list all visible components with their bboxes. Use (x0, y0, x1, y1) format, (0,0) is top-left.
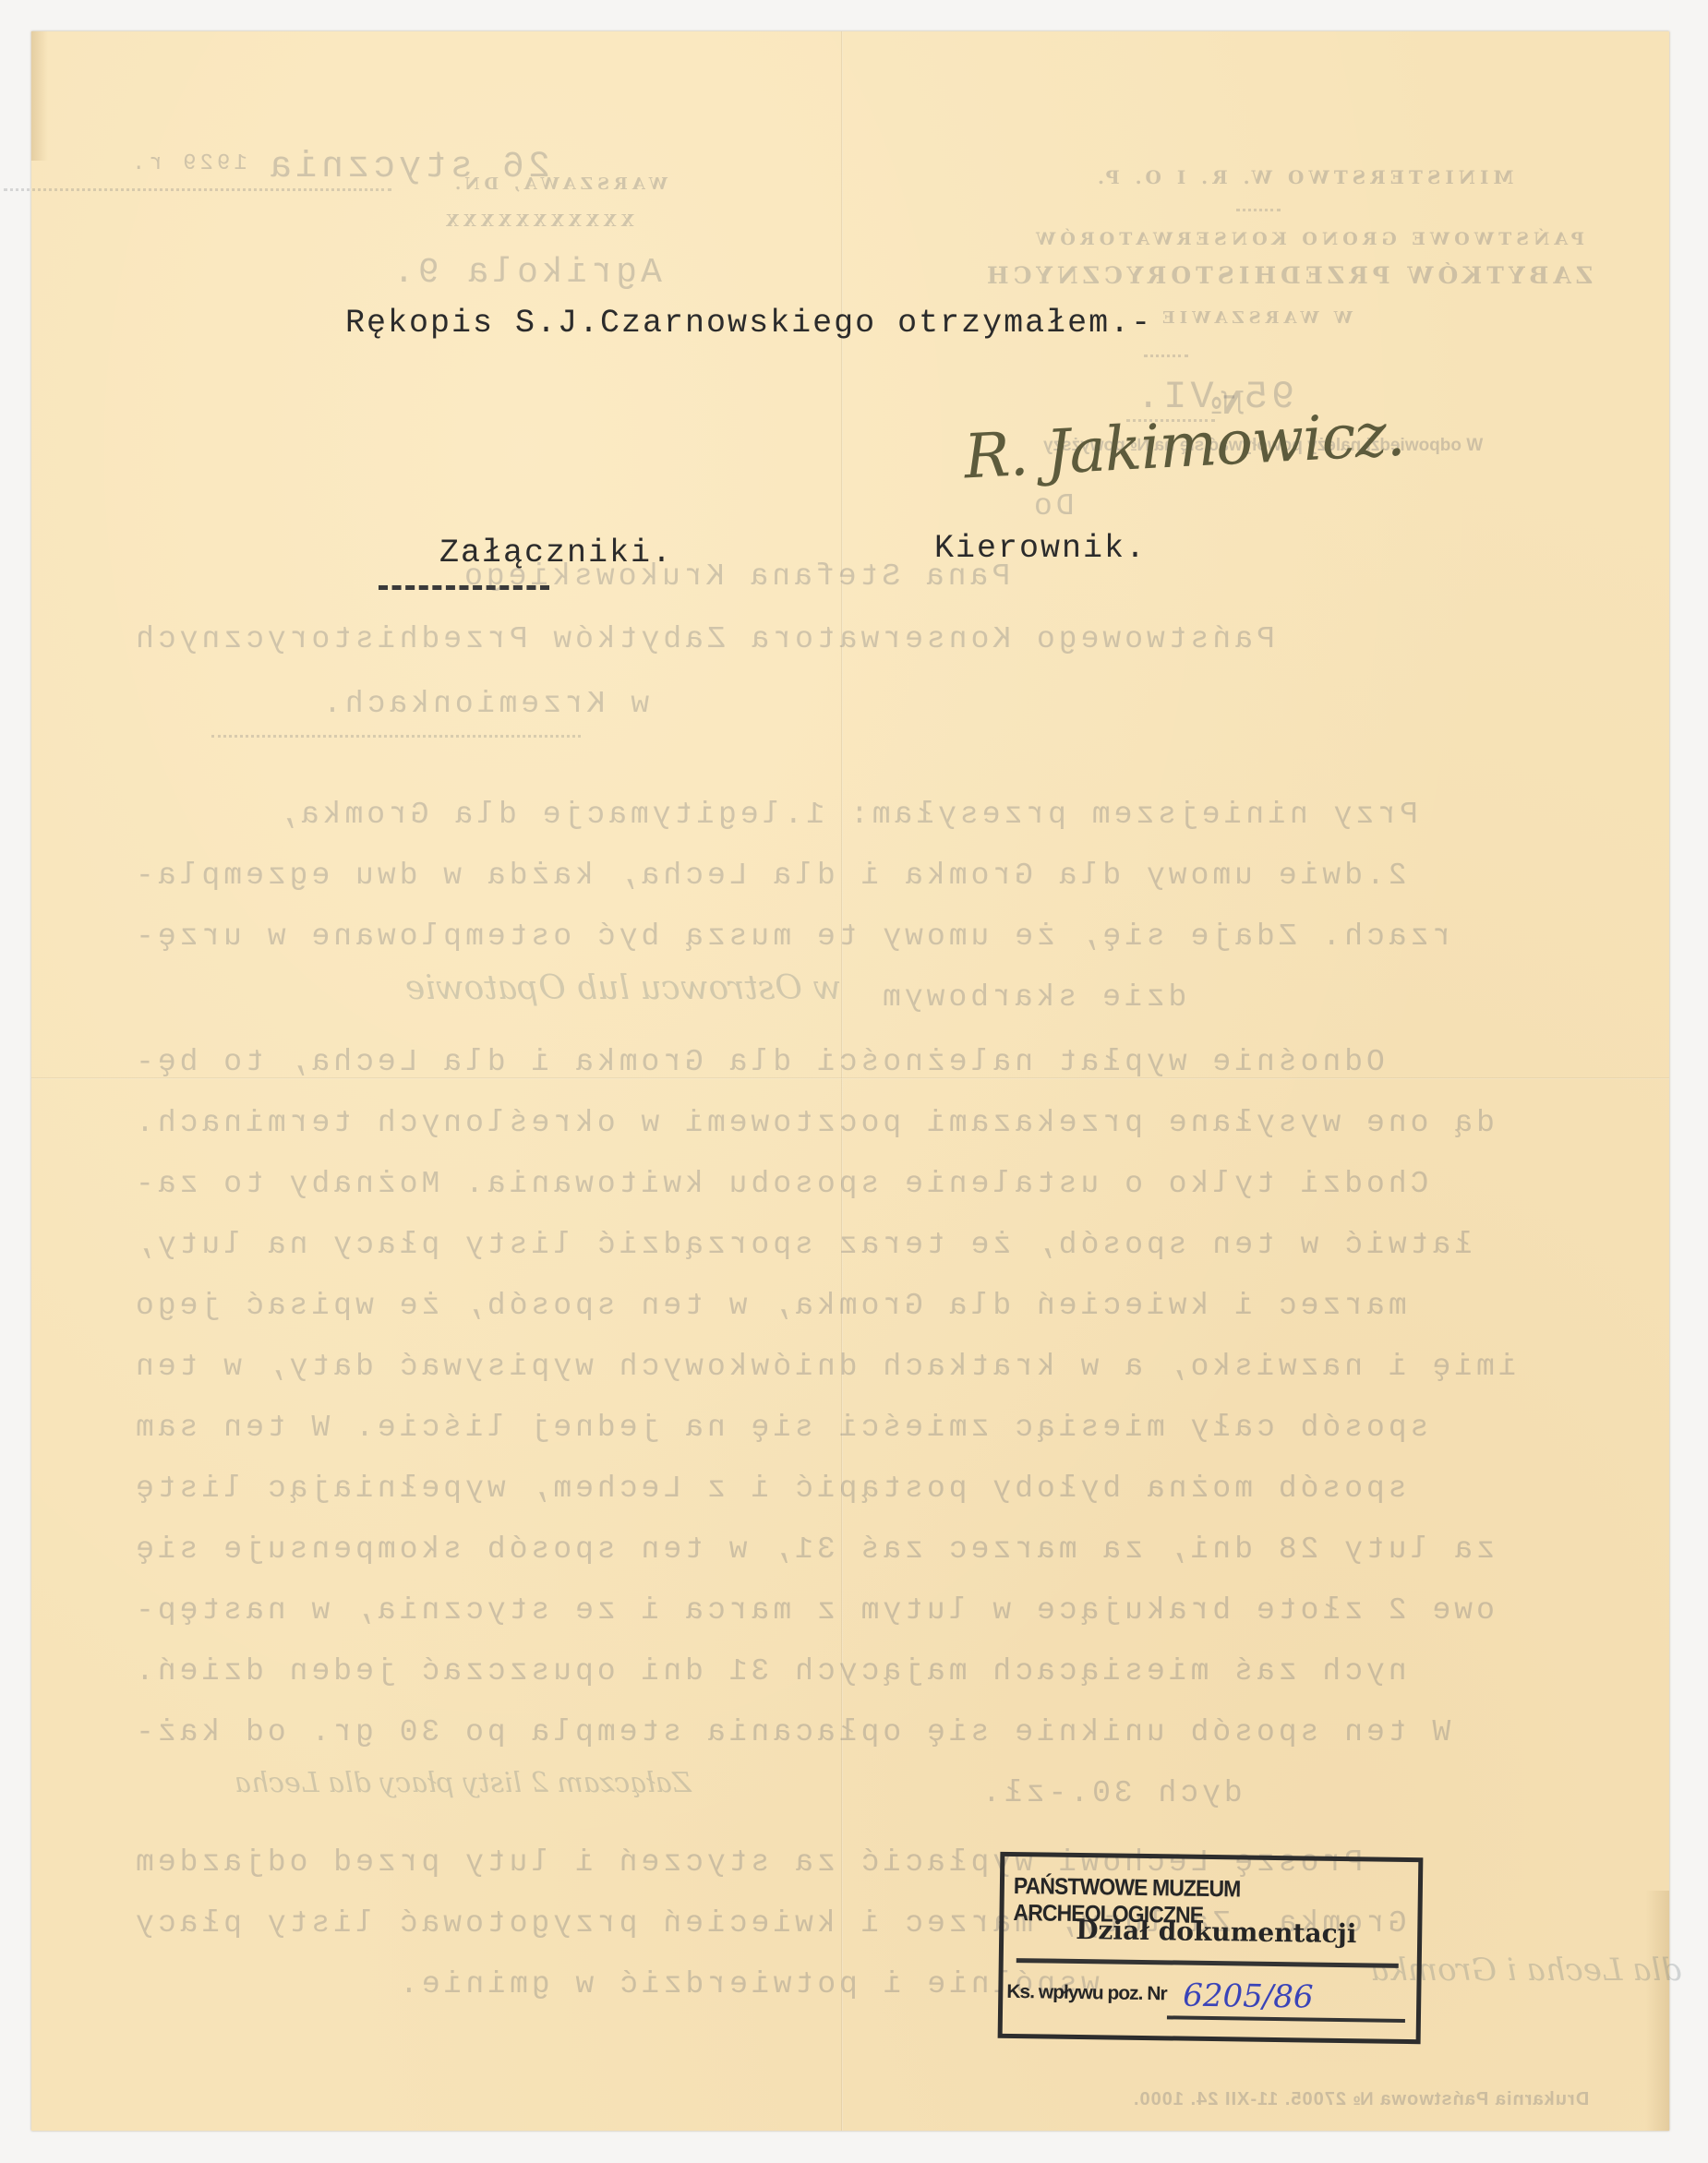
ghost-office-header: PAŃSTWOWE GRONO KONSERWATORÓW (1031, 229, 1584, 249)
ghost-body-line: za luty 28 dni, za marzec zaś 31, w ten … (132, 1532, 1495, 1567)
ghost-body-line: rzach. Zdaje się, że umowy te muszą być … (132, 919, 1450, 954)
ghost-body-line: W ten sposób uniknie się opłacania stemp… (132, 1715, 1450, 1749)
ghost-office-header-2: ZABYTKÓW PRZEDHISTORYCZNYCH (982, 262, 1593, 289)
edge-wear (31, 31, 48, 161)
ghost-recipient-title: Państwowego Konserwatora Zabytków Przedh… (132, 622, 1275, 656)
ghost-body-line: sposób cały miesiąc zmieści się na jedne… (132, 1411, 1428, 1445)
ghost-body-line: wspólnie i potwierdzić w gminie. (396, 1967, 1100, 2001)
ghost-handwritten-note: Załączam 2 listy płacy dla Lecha (235, 1767, 692, 1799)
ghost-rule (211, 735, 581, 738)
ghost-body-line: owe 2 złote brakujące w lutym z marca i … (132, 1593, 1495, 1628)
ghost-handwritten-note: w Ostrowcu lub Opatowie (405, 969, 841, 1007)
ghost-body-line: dzie skarbowym (879, 980, 1186, 1015)
vertical-fold-crease (841, 31, 843, 2131)
receipt-note: Rękopis S.J.Czarnowskiego otrzymałem.- (345, 305, 1152, 342)
ghost-salutation: Do (1030, 489, 1075, 523)
ghost-street-struck: XXXXXXXXXXX (441, 211, 634, 231)
ghost-body-line: łatwić w ten sposób, że teraz sporządzić… (132, 1228, 1473, 1262)
signature: R. Jakimowicz. (962, 399, 1406, 493)
ghost-body-line: 2.dwie umowy dla Gromka i dla Lecha, każ… (132, 859, 1407, 893)
ghost-date-rule (4, 188, 391, 191)
ghost-printer-imprint: Drukarnia Państwowa № 27005. 11-XII 24. … (1133, 2089, 1589, 2110)
ghost-year: 1929 r. (128, 151, 247, 176)
ghost-body-line: sposób można byłoby postąpić i z Lechem,… (132, 1472, 1407, 1506)
ghost-body-line: Chodzi tylko o ustalenie sposobu kwitowa… (132, 1167, 1428, 1201)
enclosures-underline (379, 585, 549, 590)
ghost-body-line: marzec i kwiecień dla Gromka, w ten spos… (132, 1289, 1407, 1323)
stamp-register-label: Ks. wpływu poz. Nr (1006, 1981, 1167, 2005)
ghost-date: 26 stycznia (266, 147, 550, 188)
ghost-body-line: Odnośnie wypłat należności dla Gromka i … (132, 1045, 1385, 1079)
ghost-street: Agrikola 9. (390, 253, 662, 293)
ghost-city-header: W WARSZAWIE (1158, 308, 1353, 328)
ghost-body-line: dych 30.-zł. (979, 1776, 1243, 1810)
stamp-rule (1167, 2015, 1405, 2023)
ghost-body-line: Przy niniejszem przesyłam: 1.legitymacje… (275, 798, 1418, 832)
ghost-recipient-place: w Krzemionkach. (319, 687, 649, 721)
edge-wear (1645, 1891, 1669, 2131)
stamp-department: Dział dokumentacji (1076, 1915, 1357, 1949)
ghost-body-line: nych zaś miesiącach mających 31 dni opus… (132, 1654, 1407, 1688)
stamp-rule (1016, 1958, 1399, 1968)
ghost-rule (1236, 209, 1281, 211)
ghost-ministry-header: MINISTERSTWO W. R. I O. P. (1093, 166, 1514, 188)
ghost-rule (1144, 354, 1188, 357)
letter-page: MINISTERSTWO W. R. I O. P. PAŃSTWOWE GRO… (31, 31, 1669, 2131)
ghost-body-line: dą one wysyłane przekazami pocztowemi w … (132, 1106, 1495, 1140)
role-label: Kierownik. (934, 530, 1147, 567)
ghost-body-line: imię i nazwisko, a w kratkach dniówkowyc… (132, 1350, 1517, 1384)
stamp-register-number: 6205/86 (1183, 1977, 1314, 2016)
enclosures-label: Załączniki. (439, 535, 673, 571)
archive-stamp: PAŃSTWOWE MUZEUM ARCHEOLOGICZNE Dział do… (998, 1852, 1424, 2044)
